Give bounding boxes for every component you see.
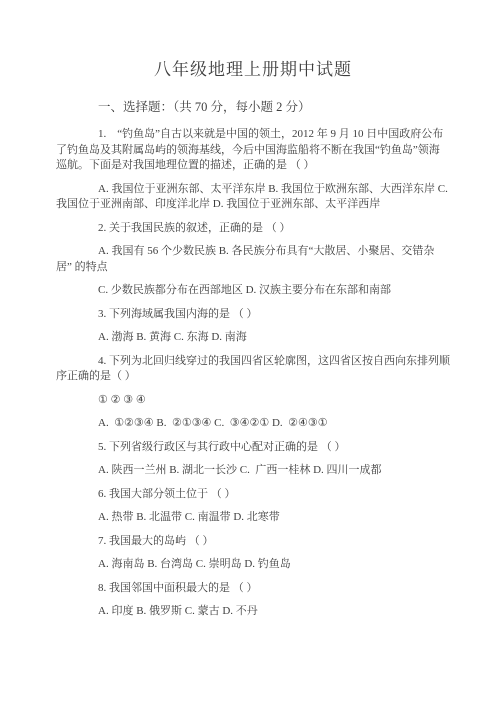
- question-2-text: 2. 关于我国民族的叙述，正确的是 （ ）: [56, 221, 450, 237]
- question-5-text: 5. 下列省级行政区与其行政中心配对正确的是 （ ）: [56, 440, 450, 456]
- question-2-options-cd: C. 少数民族都分布在西部地区 D. 汉族主要分布在东部和南部: [56, 283, 450, 299]
- question-2-options-ab: A. 我国有 56 个少数民族 B. 各民族分布具有“大散居、小聚居、交错杂居”…: [56, 244, 450, 275]
- question-4-figure-labels: ① ② ③ ④: [56, 393, 450, 409]
- question-3-text: 3. 下列海域属我国内海的是 （ ）: [56, 307, 450, 323]
- question-6-options: A. 热带 B. 北温带 C. 南温带 D. 北寒带: [56, 510, 450, 526]
- question-5-options: A. 陕西一兰州 B. 湖北一长沙 C. 广西一桂林 D. 四川一成都: [56, 463, 450, 479]
- question-3-options: A. 渤海 B. 黄海 C. 东海 D. 南海: [56, 330, 450, 346]
- question-8-text: 8. 我国邻国中面积最大的是 （ ）: [56, 581, 450, 597]
- question-4-text: 4. 下列为北回归线穿过的我国四省区轮廓图，这四省区按自西向东排列顺序正确的是（…: [56, 354, 450, 385]
- question-7-options: A. 海南岛 B. 台湾岛 C. 崇明岛 D. 钓鱼岛: [56, 557, 450, 573]
- page-title: 八年级地理上册期中试题: [56, 58, 450, 82]
- section-heading: 一、选择题：（共 70 分，每小题 2 分）: [56, 99, 450, 115]
- question-8-options: A. 印度 B. 俄罗斯 C. 蒙古 D. 不丹: [56, 604, 450, 620]
- question-4-options: A. ①②③④ B. ②①③④ C. ③④②① D. ②④③①: [56, 416, 450, 432]
- question-6-text: 6. 我国大部分领土位于 （ ）: [56, 487, 450, 503]
- question-1-options: A. 我国位于亚洲东部、太平洋东岸 B. 我国位于欧洲东部、大西洋东岸 C. 我…: [56, 182, 450, 213]
- question-1-text: 1. “钓鱼岛”自古以来就是中国的领土，2012 年 9 月 10 日中国政府公…: [56, 127, 450, 174]
- question-7-text: 7. 我国最大的岛屿 （ ）: [56, 534, 450, 550]
- document-page: 八年级地理上册期中试题 一、选择题：（共 70 分，每小题 2 分） 1. “钓…: [0, 0, 500, 707]
